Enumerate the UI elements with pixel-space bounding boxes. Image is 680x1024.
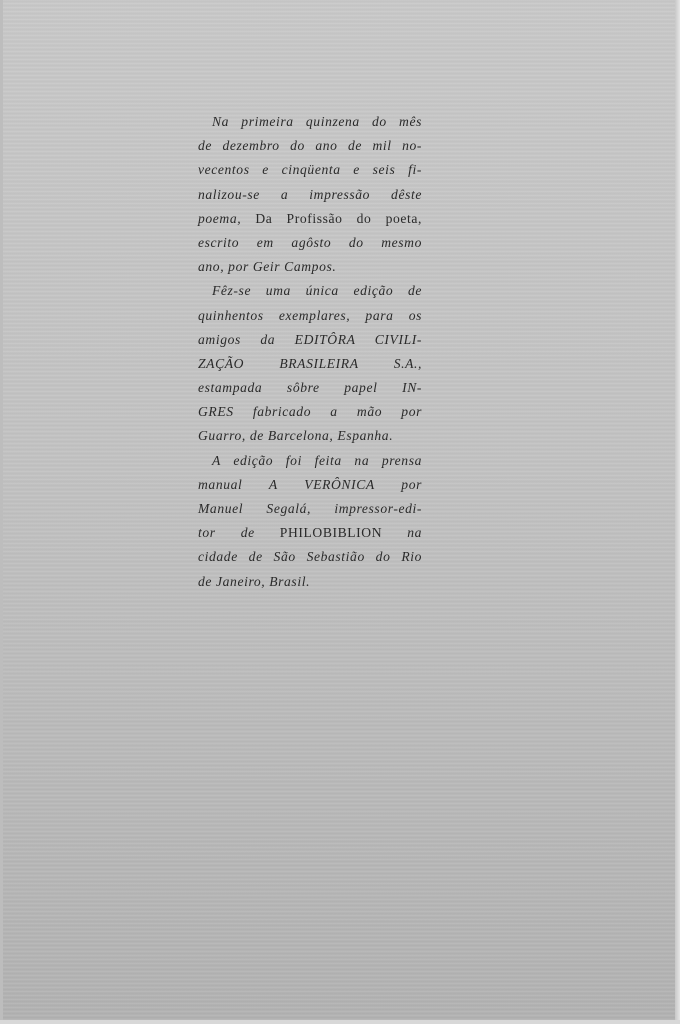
publisher-name: EDITÔRA CIVILI-: [295, 332, 422, 347]
colophon-line: amigos da EDITÔRA CIVILI-: [198, 328, 422, 352]
colophon-line: nalizou-se a impressão dêste: [198, 183, 422, 207]
colophon-line: Na primeira quinzena do mês: [198, 110, 422, 134]
page-edge-right: [675, 0, 680, 1024]
colophon-line: Manuel Segalá, impressor-edi-: [198, 497, 422, 521]
colophon-line: Guarro, de Barcelona, Espanha.: [198, 424, 422, 448]
colophon-line: poema, Da Profissão do poeta,: [198, 207, 422, 231]
colophon-line: quinhentos exemplares, para os: [198, 304, 422, 328]
colophon-line: de dezembro do ano de mil no-: [198, 134, 422, 158]
imprint-name: PHILOBIBLION: [280, 525, 382, 540]
colophon-line: escrito em agôsto do mesmo: [198, 231, 422, 255]
colophon-line: manual A VERÔNICA por: [198, 473, 422, 497]
colophon-line: de Janeiro, Brasil.: [198, 570, 422, 594]
colophon-line: A edição foi feita na prensa: [198, 449, 422, 473]
text-fragment: na: [407, 525, 422, 540]
colophon-line: vecentos e cinqüenta e seis fi-: [198, 158, 422, 182]
poem-title: Da Profissão do poeta,: [255, 211, 422, 226]
text-fragment: tor de: [198, 525, 255, 540]
colophon-line: ZAÇÃO BRASILEIRA S.A.,: [198, 352, 422, 376]
text-fragment: amigos da: [198, 332, 275, 347]
colophon-text: Na primeira quinzena do mês de dezembro …: [198, 110, 422, 594]
colophon-line: GRES fabricado a mão por: [198, 400, 422, 424]
colophon-line: tor de PHILOBIBLION na: [198, 521, 422, 545]
colophon-line: Fêz-se uma única edição de: [198, 279, 422, 303]
colophon-line: estampada sôbre papel IN-: [198, 376, 422, 400]
text-fragment: poema,: [198, 211, 241, 226]
colophon-line: cidade de São Sebastião do Rio: [198, 545, 422, 569]
book-page: Na primeira quinzena do mês de dezembro …: [3, 0, 675, 1020]
colophon-line: ano, por Geir Campos.: [198, 255, 422, 279]
page-edge-bottom: [0, 1020, 680, 1024]
